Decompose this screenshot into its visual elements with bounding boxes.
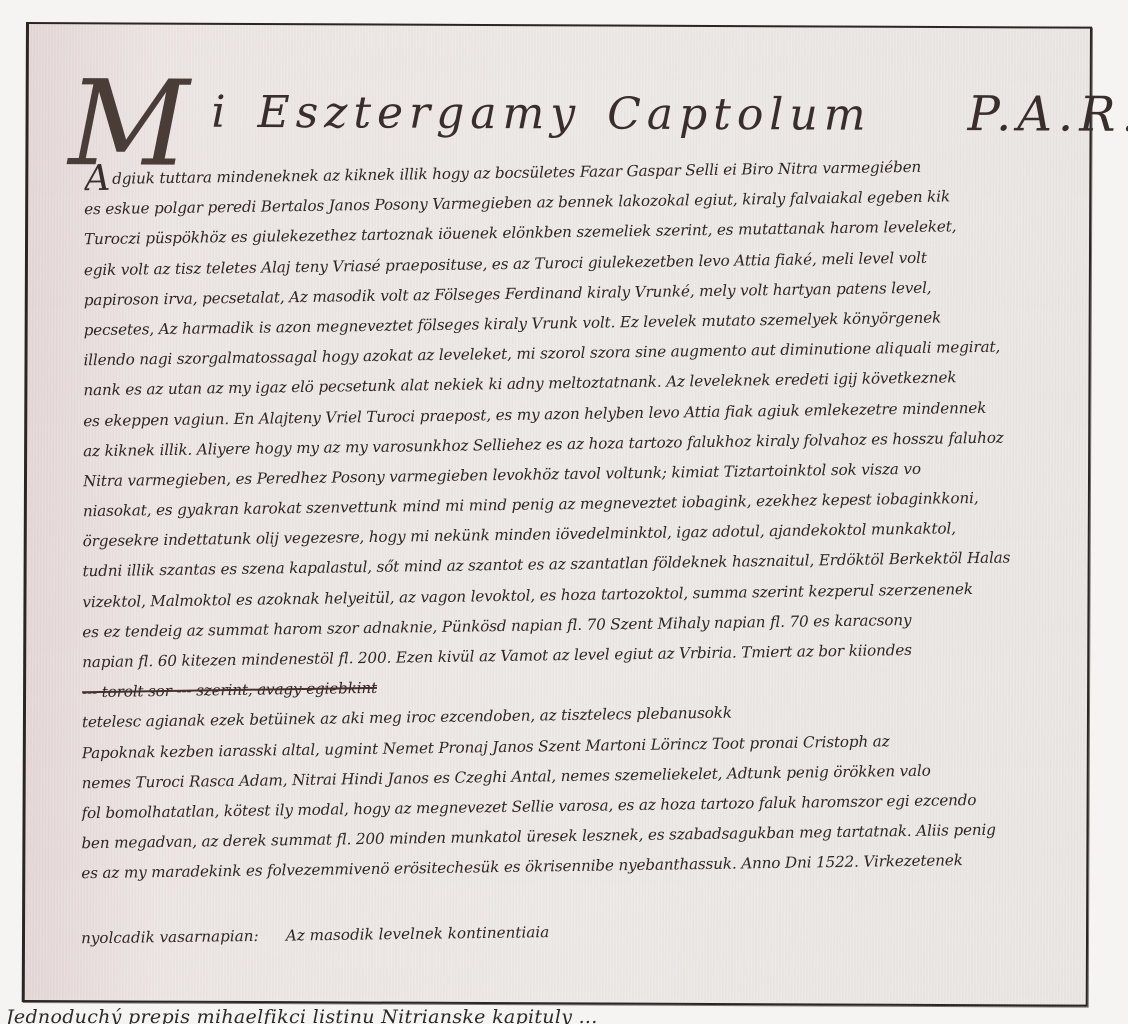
scanned-page: M i Esztergamy Captolum P.A.R. Adgiuk tu… <box>0 0 1128 1024</box>
title-word: Esztergamy <box>257 87 581 139</box>
closing-lines: nyolcadik vasarnapian: Az masodik leveln… <box>81 916 1071 947</box>
figure-caption: Jednoduchý prepis mihaelfikci listinu Ni… <box>6 1006 598 1024</box>
title-word: Captolum <box>607 89 872 141</box>
manuscript-body: Adgiuk tuttara mindeneknek az kiknek ill… <box>81 164 1074 893</box>
title-word: i <box>211 87 231 138</box>
drop-cap: A <box>84 158 110 195</box>
manuscript-document: M i Esztergamy Captolum P.A.R. Adgiuk tu… <box>22 22 1092 1007</box>
title-abbreviation: P.A.R. <box>967 86 1128 143</box>
closing-heading: Az masodik levelnek kontinentiaia <box>286 923 550 944</box>
closing-left: nyolcadik vasarnapian: <box>81 927 251 947</box>
